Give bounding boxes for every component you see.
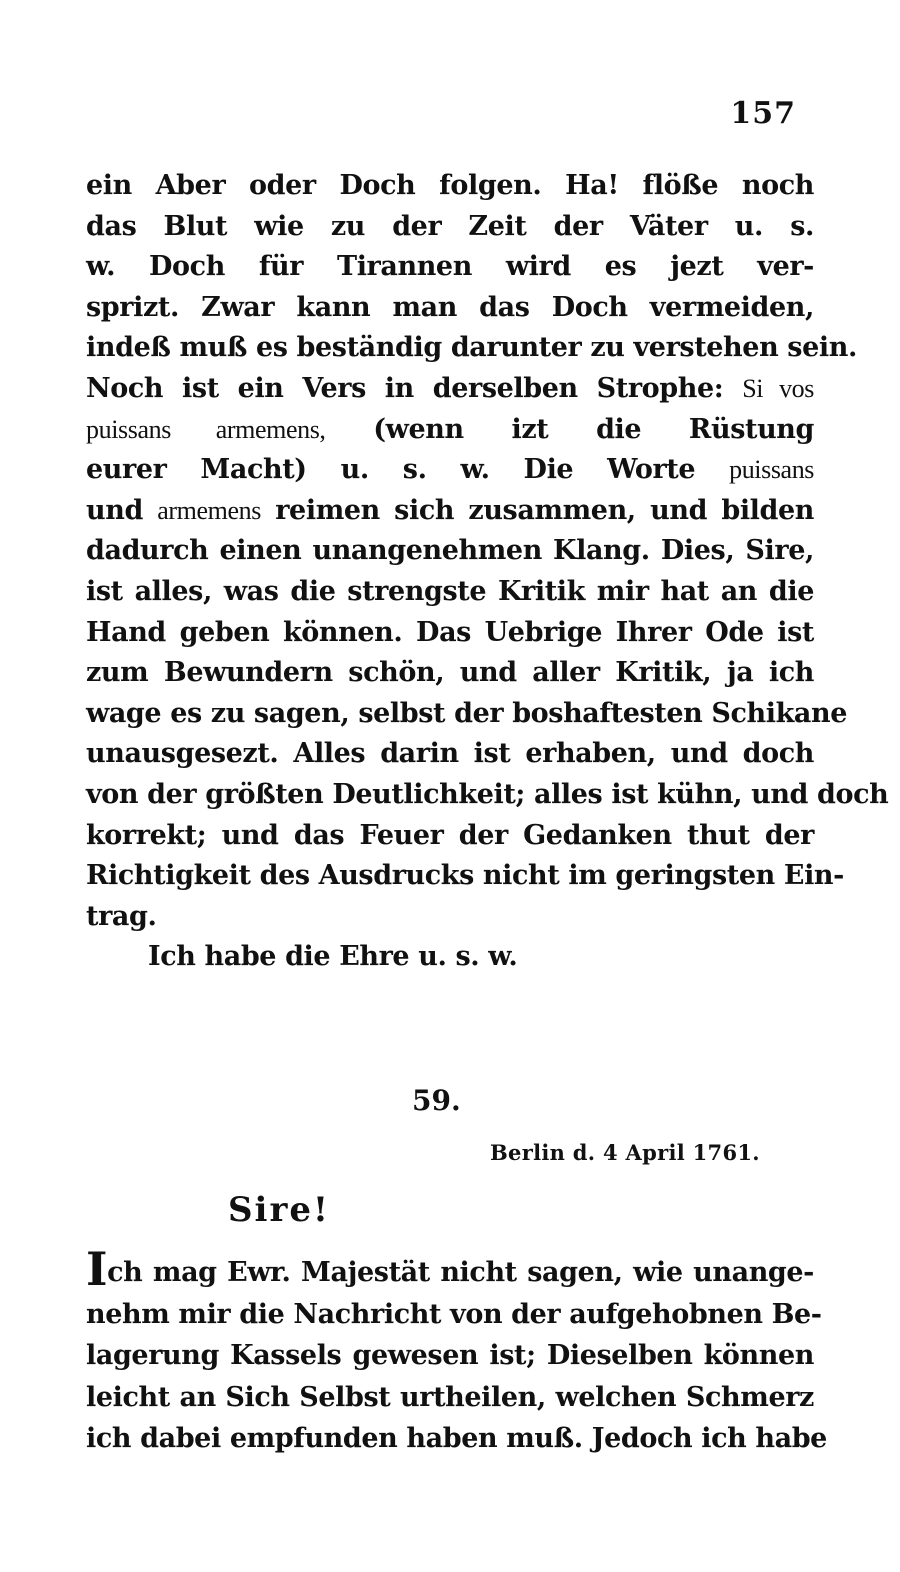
- text-fragment: reimen sich zusammen, und bilden: [275, 495, 814, 526]
- text-line: wage es zu sagen, selbst der boshafteste…: [86, 694, 814, 735]
- text-line: ist alles, was die strengste Kritik mir …: [86, 572, 814, 613]
- latin-fragment: puissans armemens,: [86, 415, 326, 444]
- text-line: und armemens reimen sich zusammen, und b…: [86, 491, 814, 532]
- text-line: nehm mir die Nachricht von der aufgehobn…: [86, 1294, 814, 1336]
- book-page: 157 ein Aber oder Doch folgen. Ha! flöße…: [0, 0, 900, 1572]
- text-fragment: ch mag Ewr. Majestät nicht sagen, wie un…: [107, 1257, 814, 1288]
- text-line: ein Aber oder Doch folgen. Ha! flöße noc…: [86, 166, 814, 207]
- text-line: sprizt. Zwar kann man das Doch vermeiden…: [86, 288, 814, 329]
- text-line: das Blut wie zu der Zeit der Väter u. s.: [86, 207, 814, 248]
- text-line: trag.: [86, 897, 814, 938]
- text-fragment: Noch ist ein Vers in derselben Strophe:: [86, 373, 723, 404]
- page-number: 157: [730, 96, 796, 131]
- text-fragment: (wenn izt die Rüstung: [373, 414, 814, 445]
- letter-59-body: Ich mag Ewr. Majestät nicht sagen, wie u…: [86, 1252, 814, 1460]
- text-line: Hand geben können. Das Uebrige Ihrer Ode…: [86, 613, 814, 654]
- salutation: Sire!: [228, 1190, 330, 1230]
- text-line: dadurch einen unangenehmen Klang. Dies, …: [86, 531, 814, 572]
- latin-fragment: puissans: [729, 455, 814, 484]
- latin-fragment: Si vos: [742, 374, 814, 403]
- text-line: lagerung Kassels gewesen ist; Dieselben …: [86, 1335, 814, 1377]
- text-line: unausgesezt. Alles darin ist erhaben, un…: [86, 734, 814, 775]
- text-line: puissans armemens, (wenn izt die Rüstung: [86, 410, 814, 451]
- dateline: Berlin d. 4 April 1761.: [490, 1140, 760, 1165]
- text-fragment: und: [86, 495, 143, 526]
- drop-cap: I: [86, 1242, 107, 1296]
- text-line: w. Doch für Tirannen wird es jezt ver-: [86, 247, 814, 288]
- text-line: von der größten Deutlichkeit; alles ist …: [86, 775, 814, 816]
- text-line: zum Bewundern schön, und aller Kritik, j…: [86, 653, 814, 694]
- text-line: indeß muß es beständig darunter zu verst…: [86, 328, 814, 369]
- closing-line: Ich habe die Ehre u. s. w.: [86, 937, 814, 978]
- text-line: korrekt; und das Feuer der Gedanken thut…: [86, 816, 814, 857]
- text-line: leicht an Sich Selbst urtheilen, welchen…: [86, 1377, 814, 1419]
- text-line: Ich mag Ewr. Majestät nicht sagen, wie u…: [86, 1252, 814, 1294]
- latin-fragment: armemens: [157, 496, 261, 525]
- text-line: Noch ist ein Vers in derselben Strophe: …: [86, 369, 814, 410]
- text-line: eurer Macht) u. s. w. Die Worte puissans: [86, 450, 814, 491]
- text-line: Richtigkeit des Ausdrucks nicht im gerin…: [86, 856, 814, 897]
- letter-58-continuation: ein Aber oder Doch folgen. Ha! flöße noc…: [86, 166, 814, 978]
- text-fragment: eurer Macht) u. s. w. Die Worte: [86, 454, 695, 485]
- letter-number: 59.: [412, 1084, 461, 1117]
- text-line: ich dabei empfunden haben muß. Jedoch ic…: [86, 1418, 814, 1460]
